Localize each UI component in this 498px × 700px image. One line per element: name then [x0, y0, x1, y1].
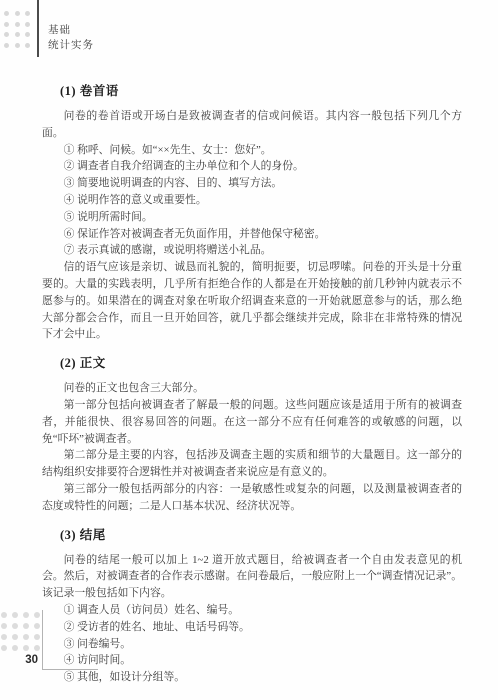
- list-item: ⑦ 表示真诚的感谢，或说明将赠送小礼品。: [42, 242, 462, 259]
- list-item: ② 受访者的姓名、地址、电话号码等。: [42, 619, 462, 636]
- page-number: 30: [16, 654, 38, 666]
- list-item: ③ 问卷编号。: [42, 636, 462, 653]
- dot-grid-ornament-bottom: [1, 612, 40, 651]
- paragraph: 问卷的结尾一般可以加上 1~2 道开放式题目，给被调查者一个自由发表意见的机会。…: [42, 552, 462, 602]
- section-heading-3: (3) 结尾: [60, 528, 462, 543]
- list-item: ⑥ 保证作答对被调查者无负面作用，并替他保守秘密。: [42, 226, 462, 243]
- list-item: ③ 简要地说明调查的内容、目的、填写方法。: [42, 175, 462, 192]
- paragraph: 第一部分包括向被调查者了解最一般的问题。这些问题应该是适用于所有的被调查者，并能…: [42, 397, 462, 447]
- paragraph: 问卷的正文也包含三大部分。: [42, 380, 462, 397]
- footer-divider-vertical: [42, 610, 43, 670]
- paragraph: 第二部分是主要的内容，包括涉及调查主题的实质和细节的大量题目。这一部分的结构组织…: [42, 447, 462, 481]
- list-item: ① 称呼、问候。如“××先生、女士：您好”。: [42, 142, 462, 159]
- footer-divider-horizontal: [42, 669, 98, 670]
- section-heading-2: (2) 正文: [60, 356, 462, 371]
- list-item: ⑤ 说明所需时间。: [42, 209, 462, 226]
- list-item: ⑤ 其他，如设计分组等。: [42, 669, 462, 686]
- book-page: 基础 统计实务 (1) 卷首语 问卷的卷首语或开场白是致被调查者的信或问候语。其…: [0, 0, 498, 700]
- book-title-line2: 统计实务: [48, 39, 94, 54]
- book-title-line1: 基础: [48, 24, 94, 39]
- paragraph: 问卷的卷首语或开场白是致被调查者的信或问候语。其内容一般包括下列几个方面。: [42, 108, 462, 142]
- paragraph: 信的语气应该是亲切、诚恳而礼貌的，简明扼要，切忌啰嗦。问卷的开头是十分重要的。大…: [42, 259, 462, 343]
- list-item: ① 调查人员（访问员）姓名、编号。: [42, 602, 462, 619]
- section-heading-1: (1) 卷首语: [60, 84, 462, 99]
- header-divider: [37, 0, 39, 57]
- paragraph: 第三部分一般包括两部分的内容：一是敏感性或复杂的问题，以及测量被调查者的态度或特…: [42, 481, 462, 515]
- list-item: ④ 说明作答的意义或重要性。: [42, 192, 462, 209]
- list-item: ② 调查者自我介绍调查的主办单位和个人的身份。: [42, 158, 462, 175]
- dot-grid-ornament-top: [4, 11, 30, 48]
- list-item: ④ 访问时间。: [42, 652, 462, 669]
- page-content: (1) 卷首语 问卷的卷首语或开场白是致被调查者的信或问候语。其内容一般包括下列…: [42, 84, 462, 686]
- book-title: 基础 统计实务: [48, 24, 94, 53]
